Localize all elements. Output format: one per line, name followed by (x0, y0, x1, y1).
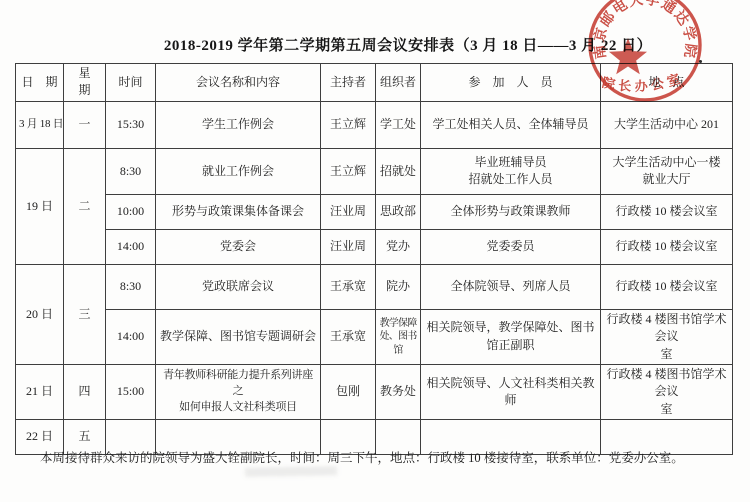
table-row: 14:00 党委会 汪业周 党办 党委委员 行政楼 10 楼会议室 (16, 229, 733, 264)
time-cell: 8:30 (106, 148, 156, 194)
scan-smudge (245, 466, 337, 477)
participants-cell: 相关院领导、人文社科类相关教 师 (421, 364, 601, 419)
host-cell: 王承宽 (321, 264, 376, 309)
table-row: 14:00 教学保障、图书馆专题调研会 王承宽 教学保障 处、图书馆 相关院领导… (16, 309, 733, 364)
table-row: 10:00 形势与政策课集体备课会 汪业周 思政部 全体形势与政策课教师 行政楼… (16, 194, 733, 229)
header-meeting-name: 会议名称和内容 (156, 64, 321, 102)
organizer-cell: 党办 (376, 229, 421, 264)
date-cell: 20 日 (16, 264, 64, 364)
meeting-name-cell: 教学保障、图书馆专题调研会 (156, 309, 321, 364)
table-row: 19 日 二 8:30 就业工作例会 王立辉 招就处 毕业班辅导员 招就处工作人… (16, 148, 733, 194)
header-participants: 参 加 人 员 (421, 64, 601, 102)
header-host: 主持者 (321, 64, 376, 102)
host-cell: 包刚 (321, 364, 376, 419)
meeting-name-cell: 党委会 (156, 229, 321, 264)
place-cell: 大学生活动中心一楼 就业大厅 (601, 148, 733, 194)
date-cell: 19 日 (16, 148, 64, 264)
header-organizer: 组织者 (376, 64, 421, 102)
meeting-name-cell: 青年教师科研能力提升系列讲座之 如何申报人文社科类项目 (156, 364, 321, 419)
scanned-meeting-schedule-page: 2018-2019 学年第二学期第五周会议安排表（3 月 18 日——3 月 2… (0, 0, 750, 502)
header-row: 日 期 星 期 时间 会议名称和内容 主持者 组织者 参 加 人 员 地 点 (16, 64, 733, 102)
meeting-name-cell: 学生工作例会 (156, 101, 321, 148)
place-cell: 行政楼 10 楼会议室 (601, 229, 733, 264)
week-cell: 二 (64, 148, 106, 264)
table-row: 3 月 18 日 一 15:30 学生工作例会 王立辉 学工处 学工处相关人员、… (16, 101, 733, 148)
header-place: 地 点 (601, 64, 733, 102)
time-cell: 15:30 (106, 101, 156, 148)
header-time: 时间 (106, 64, 156, 102)
meeting-name-cell: 就业工作例会 (156, 148, 321, 194)
host-cell: 王立辉 (321, 101, 376, 148)
organizer-cell: 招就处 (376, 148, 421, 194)
host-cell: 汪业周 (321, 194, 376, 229)
host-cell: 王承宽 (321, 309, 376, 364)
meeting-schedule-table: 日 期 星 期 时间 会议名称和内容 主持者 组织者 参 加 人 员 地 点 3… (15, 63, 733, 455)
time-cell: 14:00 (106, 309, 156, 364)
place-cell: 行政楼 10 楼会议室 (601, 194, 733, 229)
date-cell: 3 月 18 日 (16, 101, 64, 148)
participants-cell: 全体形势与政策课教师 (421, 194, 601, 229)
organizer-cell: 教学保障 处、图书馆 (376, 309, 421, 364)
host-cell: 王立辉 (321, 148, 376, 194)
time-cell: 8:30 (106, 264, 156, 309)
table-row: 21 日 四 15:00 青年教师科研能力提升系列讲座之 如何申报人文社科类项目… (16, 364, 733, 419)
time-cell: 15:00 (106, 364, 156, 419)
header-week: 星 期 (64, 64, 106, 102)
reception-note: 本周接待群众来访的院领导为盛大铨副院长，时间：周三下午，地点：行政楼 10 楼接… (15, 448, 737, 466)
participants-cell: 学工处相关人员、全体辅导员 (421, 101, 601, 148)
organizer-cell: 院办 (376, 264, 421, 309)
place-cell: 行政楼 4 楼图书馆学术会议 室 (601, 309, 733, 364)
participants-cell: 全体院领导、列席人员 (421, 264, 601, 309)
organizer-cell: 学工处 (376, 101, 421, 148)
place-cell: 大学生活动中心 201 (601, 101, 733, 148)
document-title: 2018-2019 学年第二学期第五周会议安排表（3 月 18 日——3 月 2… (0, 34, 750, 55)
week-cell: 一 (64, 101, 106, 148)
meeting-name-cell: 党政联席会议 (156, 264, 321, 309)
ink-speck (699, 60, 702, 63)
host-cell: 汪业周 (321, 229, 376, 264)
organizer-cell: 教务处 (376, 364, 421, 419)
place-cell: 行政楼 10 楼会议室 (601, 264, 733, 309)
organizer-cell: 思政部 (376, 194, 421, 229)
time-cell: 10:00 (106, 194, 156, 229)
date-cell: 21 日 (16, 364, 64, 419)
place-cell: 行政楼 4 楼图书馆学术会议 室 (601, 364, 733, 419)
week-cell: 三 (64, 264, 106, 364)
time-cell: 14:00 (106, 229, 156, 264)
participants-cell: 毕业班辅导员 招就处工作人员 (421, 148, 601, 194)
week-cell: 四 (64, 364, 106, 419)
participants-cell: 党委委员 (421, 229, 601, 264)
header-date: 日 期 (16, 64, 64, 102)
meeting-name-cell: 形势与政策课集体备课会 (156, 194, 321, 229)
table-row: 20 日 三 8:30 党政联席会议 王承宽 院办 全体院领导、列席人员 行政楼… (16, 264, 733, 309)
participants-cell: 相关院领导，教学保障处、图书 馆正副职 (421, 309, 601, 364)
